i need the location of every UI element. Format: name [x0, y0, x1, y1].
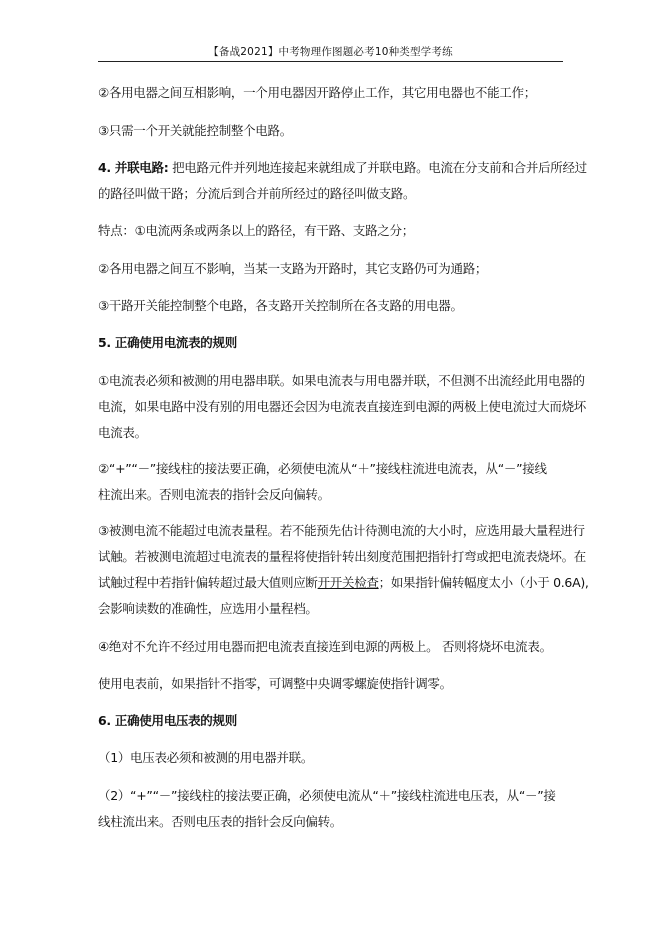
ammeter-rule-2: ②“+”“－”接线柱的接法要正确，必须使电流从“＋”接线柱流进电流表，从“－”接… — [98, 461, 566, 477]
voltmeter-rule-2-cont: 线柱流出来。否则电压表的指针会反向偏转。 — [98, 814, 566, 830]
voltmeter-rule-2: （2）“+”“－”接线柱的接法要正确，必须使电流从“＋”接线柱流进电压表，从“－… — [98, 788, 566, 804]
ammeter-rule-2-cont: 柱流出来。否则电流表的指针会反向偏转。 — [98, 487, 566, 503]
parallel-feature-2: ②各用电器之间互不影响，当某一支路为开路时，其它支路仍可为通路； — [98, 261, 566, 277]
series-feature-3: ③只需一个开关就能控制整个电路。 — [98, 123, 566, 139]
header-rule — [98, 61, 563, 62]
ammeter-rule-3: ③被测电流不能超过电流表量程。若不能预先估计待测电流的大小时，应选用最大量程进行 — [98, 523, 566, 539]
voltmeter-rule-1: （1）电压表必须和被测的用电器并联。 — [98, 750, 566, 766]
ammeter-rule-1-cont: 电流表。 — [98, 425, 566, 441]
parallel-circuit-label: 4. 并联电路: — [98, 160, 168, 175]
meter-zero-note: 使用电表前，如果指针不指零，可调整中央调零螺旋使指针调零。 — [98, 676, 566, 692]
ammeter-rule-3-cont: 试触过程中若指针偏转超过最大值则应断开开关检查；如果指针偏转幅度太小（小于 0.… — [98, 575, 566, 591]
page-header: 【备战2021】中考物理作图题必考10种类型学考练 — [98, 45, 563, 59]
ammeter-rule-1-cont: 电流，如果电路中没有别的用电器还会因为电流表直接连到电源的两极上使电流过大而烧坏 — [98, 399, 566, 415]
ammeter-rule-3-cont: 会影响读数的准确性，应选用小量程档。 — [98, 601, 566, 617]
ammeter-rule-1: ①电流表必须和被测的用电器串联。如果电流表与用电器并联，不但测不出流经此用电器的 — [98, 373, 566, 389]
ammeter-rules-heading: 5. 正确使用电流表的规则 — [98, 335, 566, 351]
parallel-circuit-definition: 4. 并联电路: 把电路元件并列地连接起来就组成了并联电路。电流在分支前和合并后… — [98, 160, 566, 176]
voltmeter-rules-heading: 6. 正确使用电压表的规则 — [98, 713, 566, 729]
parallel-feature-1: 特点：①电流两条或两条以上的路径，有干路、支路之分； — [98, 223, 566, 239]
parallel-feature-3: ③干路开关能控制整个电路，各支路开关控制所在各支路的用电器。 — [98, 298, 566, 314]
ammeter-rule-4: ④绝对不允许不经过用电器而把电流表直接连到电源的两极上。 否则将烧坏电流表。 — [98, 639, 566, 655]
series-feature-2: ②各用电器之间互相影响，一个用电器因开路停止工作，其它用电器也不能工作； — [98, 85, 566, 101]
ammeter-rule-3-cont: 试触。若被测电流超过电流表的量程将使指针转出刻度范围把指针打弯或把电流表烧坏。在 — [98, 549, 566, 565]
parallel-circuit-definition-cont: 的路径叫做干路；分流后到合并前所经过的路径叫做支路。 — [98, 186, 566, 202]
underlined-text: 开开关检查 — [318, 575, 379, 590]
